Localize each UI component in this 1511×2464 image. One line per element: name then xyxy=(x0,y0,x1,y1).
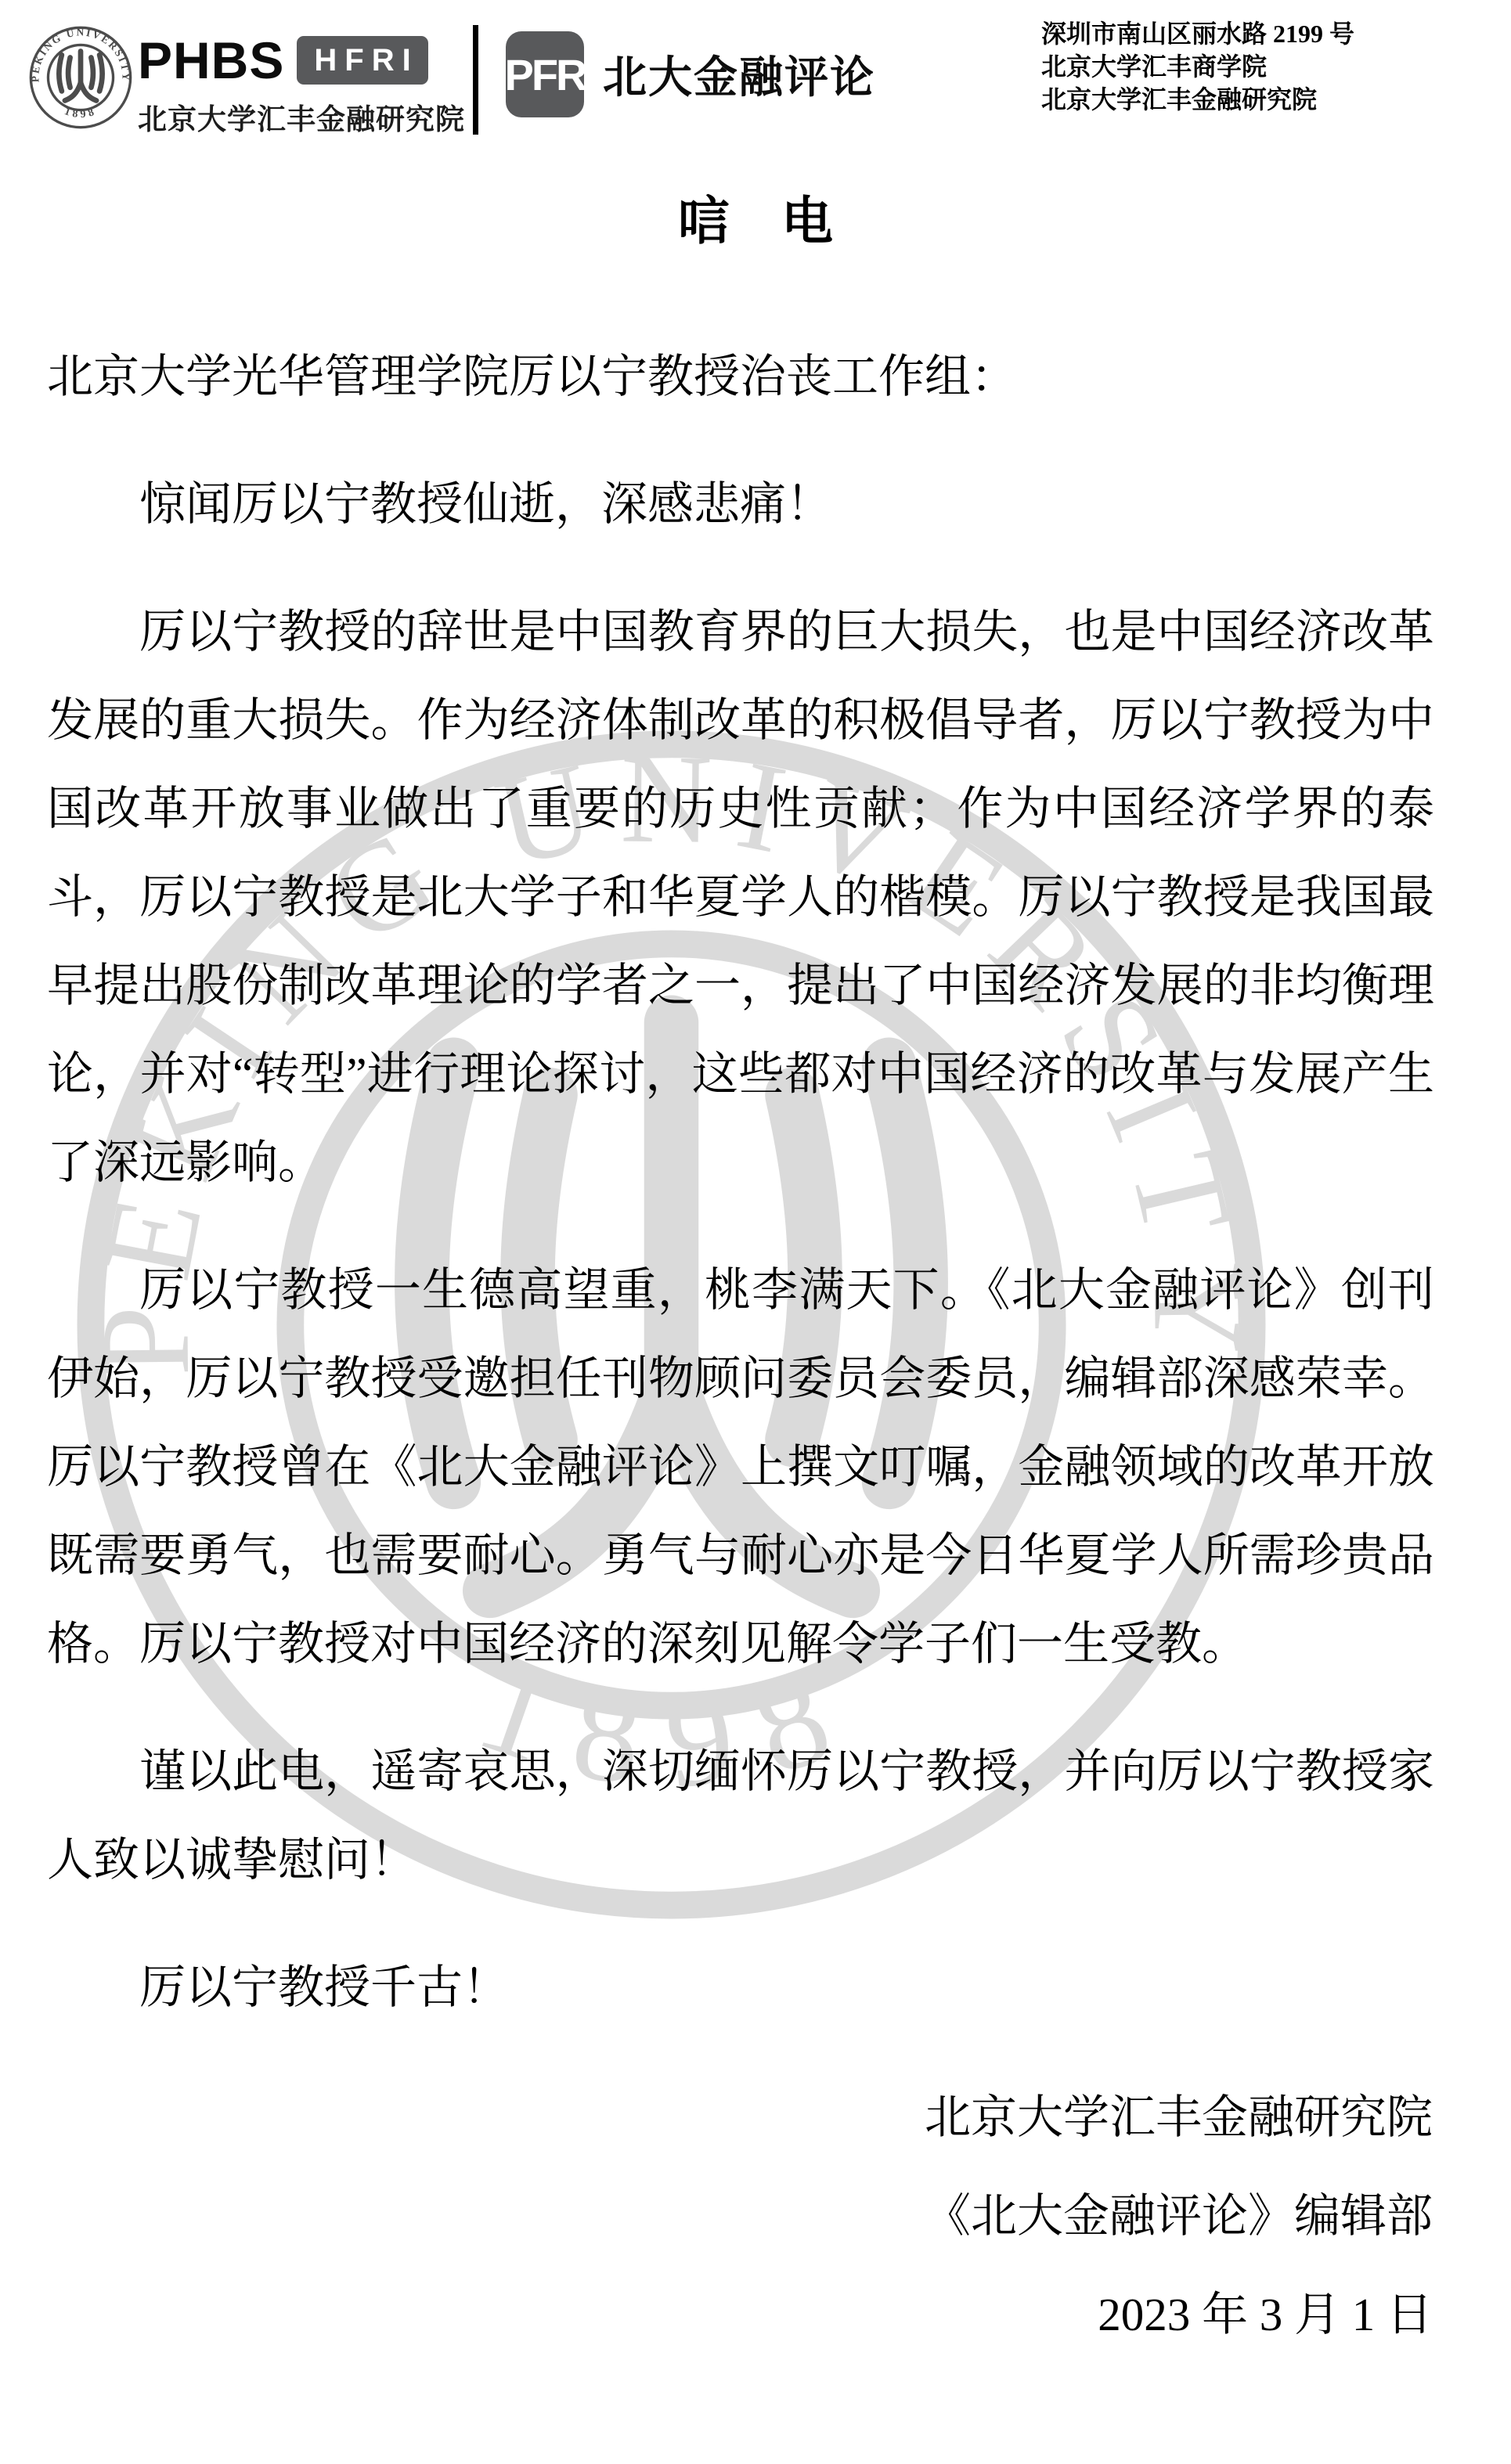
body-paragraph: 厉以宁教授一生德高望重，桃李满天下。《北大金融评论》创刊伊始，厉以宁教授受邀担任… xyxy=(47,1246,1434,1688)
pfr-chinese-name: 北大金融评论 xyxy=(603,43,875,106)
seal-year-text: 1898 xyxy=(63,105,99,121)
address-block: 深圳市南山区丽水路 2199 号 北京大学汇丰商学院 北京大学汇丰金融研究院 xyxy=(1041,17,1354,116)
salutation-line: 北京大学光华管理学院厉以宁教授治丧工作组： xyxy=(47,333,1434,421)
phbs-logo-block: PHBS HFRI 北京大学汇丰金融研究院 xyxy=(138,34,465,138)
address-line: 北京大学汇丰金融研究院 xyxy=(1041,83,1354,116)
pfr-logo-block: PFR 北大金融评论 xyxy=(506,31,875,117)
header-divider xyxy=(473,25,478,135)
signature-date: 2023 年 3 月 1 日 xyxy=(0,2265,1433,2364)
signature-editorial-line: 《北大金融评论》编辑部 xyxy=(0,2167,1433,2265)
body-paragraph: 谨以此电，遥寄哀思，深切缅怀厉以宁教授，并向厉以宁教授家人致以诚挚慰问！ xyxy=(47,1727,1434,1904)
body-paragraph: 惊闻厉以宁教授仙逝，深感悲痛！ xyxy=(47,460,1434,549)
address-line: 北京大学汇丰商学院 xyxy=(1041,50,1354,83)
pku-seal-icon: PEKING UNIVERSITY 1898 xyxy=(28,22,133,133)
document-title: 唁 电 xyxy=(0,195,1511,247)
body-paragraph: 厉以宁教授千古！ xyxy=(47,1943,1434,2032)
phbs-acronym: PHBS xyxy=(138,34,284,86)
pfr-badge: PFR xyxy=(506,31,584,117)
signature-org-line: 北京大学汇丰金融研究院 xyxy=(0,2068,1433,2167)
pku-seal-logo: PEKING UNIVERSITY 1898 xyxy=(28,22,133,133)
signature-block: 北京大学汇丰金融研究院 《北大金融评论》编辑部 2023 年 3 月 1 日 xyxy=(0,2068,1511,2364)
phbs-chinese-name: 北京大学汇丰金融研究院 xyxy=(138,95,465,138)
svg-text:1898: 1898 xyxy=(63,105,99,121)
body-paragraph: 厉以宁教授的辞世是中国教育界的巨大损失，也是中国经济改革发展的重大损失。作为经济… xyxy=(47,588,1434,1207)
document-body: 北京大学光华管理学院厉以宁教授治丧工作组： 惊闻厉以宁教授仙逝，深感悲痛！ 厉以… xyxy=(0,333,1511,2032)
letterhead: PEKING UNIVERSITY 1898 PHBS HFRI 北京大学汇丰金… xyxy=(0,0,1511,145)
hfri-badge: HFRI xyxy=(297,36,427,85)
address-line: 深圳市南山区丽水路 2199 号 xyxy=(1041,17,1354,50)
